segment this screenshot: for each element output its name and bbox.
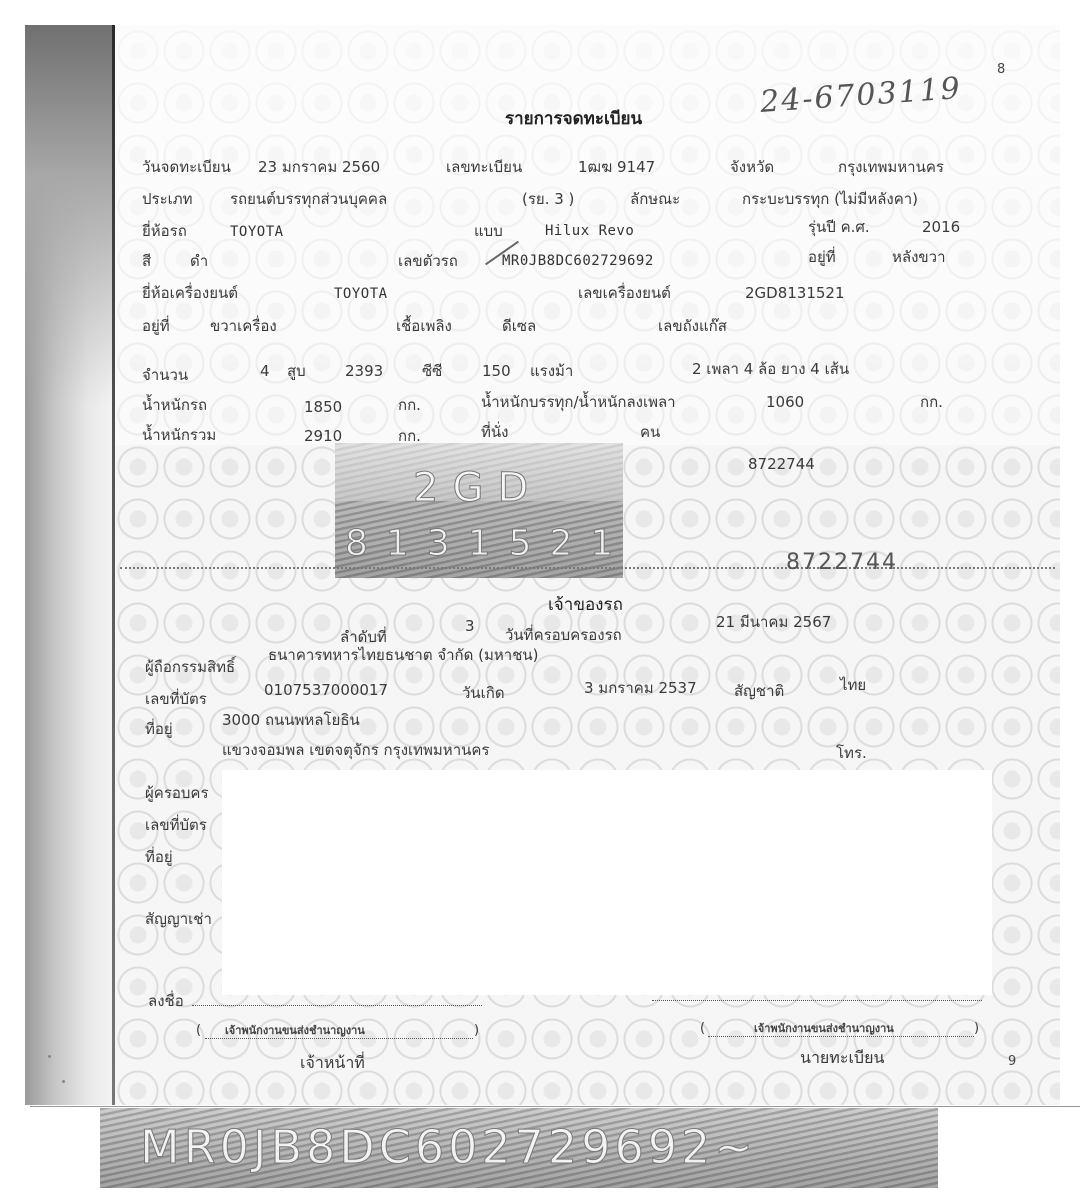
color-label: สี <box>142 252 151 270</box>
seats-label: ที่นั่ง <box>481 423 508 441</box>
engine-rubbing-bottom: 8131521 <box>345 523 623 564</box>
seats-unit: คน <box>640 423 660 441</box>
blank-area <box>222 770 992 995</box>
left-official-role: เจ้าหน้าที่ <box>300 1054 365 1072</box>
holder-label: ผู้ถือกรรมสิทธิ์ <box>145 658 235 676</box>
vehicle-model: Hilux Revo <box>545 222 634 240</box>
right-official-role: นายทะเบียน <box>800 1049 884 1067</box>
fuel-type: ดีเซล <box>502 317 536 335</box>
scan-speck <box>62 1080 65 1083</box>
serial-stamp: 8722744 <box>786 550 898 575</box>
vehicle-weight: 1850 <box>304 398 342 416</box>
order-label: ลำดับที่ <box>340 628 387 646</box>
binding-edge <box>112 25 115 1105</box>
address-label: ที่อยู่ <box>145 720 173 738</box>
chassis-number-rubbing: MR0JB8DC602729692~ <box>100 1108 938 1188</box>
vehicle-color: ดำ <box>190 252 208 270</box>
scan-speck <box>48 1055 51 1058</box>
possession-date: 21 มีนาคม 2567 <box>716 613 831 631</box>
right-name-line <box>708 1036 974 1037</box>
chassis-location-label: อยู่ที่ <box>808 248 836 266</box>
serial-number: 8722744 <box>748 455 815 473</box>
page-title: รายการจดทะเบียน <box>505 110 642 128</box>
load-weight: 1060 <box>766 393 804 411</box>
right-signature-line <box>652 1000 982 1001</box>
quantity-label: จำนวน <box>142 366 188 384</box>
id-label: เลขที่บัตร <box>145 690 207 708</box>
engine-brand: TOYOTA <box>334 285 388 303</box>
sign-label: ลงชื่อ <box>148 992 184 1010</box>
page-number-top: 8 <box>997 62 1005 77</box>
plate-label: เลขทะเบียน <box>446 158 522 176</box>
engine-brand-label: ยี่ห้อเครื่องยนต์ <box>142 284 238 302</box>
holder-name: ธนาคารทหารไทยธนชาต จำกัด (มหาชน) <box>268 646 538 664</box>
load-unit: กก. <box>920 393 943 411</box>
horsepower: 150 <box>482 362 511 380</box>
phone-label: โทร. <box>836 744 867 762</box>
page-edge <box>30 1106 1080 1107</box>
page-number-bottom: 9 <box>1008 1054 1016 1069</box>
style-label: ลักษณะ <box>630 190 680 208</box>
cylinders: 4 <box>260 362 270 380</box>
chassis-number: MR0JB8DC602729692 <box>502 252 654 270</box>
chassis-rubbing-text: MR0JB8DC602729692~ <box>140 1120 757 1174</box>
nationality-label: สัญชาติ <box>734 682 784 700</box>
order-number: 3 <box>465 617 475 635</box>
model-label: แบบ <box>474 222 503 240</box>
engine-number-label: เลขเครื่องยนต์ <box>578 284 671 302</box>
possessor-id-label: เลขที่บัตร <box>145 816 207 834</box>
fuel-label: เชื้อเพลิง <box>396 317 452 335</box>
plate-number: 1ฒฆ 9147 <box>578 158 655 176</box>
scan-shadow-top <box>25 25 115 405</box>
address-line1: 3000 ถนนพหลโยธิน <box>222 711 360 729</box>
province: กรุงเทพมหานคร <box>838 158 944 176</box>
engine-number: 2GD8131521 <box>745 284 845 302</box>
brand-label: ยี่ห้อรถ <box>142 222 187 240</box>
possession-date-label: วันที่ครอบครองรถ <box>505 626 622 644</box>
gas-tank-label: เลขถังแก๊ส <box>658 317 727 335</box>
axles-wheels: 2 เพลา 4 ล้อ ยาง 4 เส้น <box>692 360 849 378</box>
vehicle-style: กระบะบรรทุก (ไม่มีหลังคา) <box>742 190 918 208</box>
weight-unit: กก. <box>398 396 421 414</box>
owner-heading: เจ้าของรถ <box>548 596 623 614</box>
chassis-label: เลขตัวรถ <box>398 252 458 270</box>
id-number: 0107537000017 <box>264 681 388 699</box>
engine-cc: 2393 <box>345 362 383 380</box>
hp-unit: แรงม้า <box>530 362 573 380</box>
type-label: ประเภท <box>142 190 193 208</box>
engine-location-label: อยู่ที่ <box>142 317 170 335</box>
address-line2: แขวงจอมพล เขตจตุจักร กรุงเทพมหานคร <box>222 741 489 759</box>
engine-location: ขวาเครื่อง <box>210 317 277 335</box>
vehicle-type: รถยนต์บรรทุกส่วนบุคคล <box>230 190 387 208</box>
vehicle-brand: TOYOTA <box>230 223 284 241</box>
nationality: ไทย <box>840 676 866 694</box>
model-year: 2016 <box>922 218 960 236</box>
possessor-label: ผู้ครอบคร <box>145 784 209 802</box>
province-label: จังหวัด <box>730 158 774 176</box>
reg-date: 23 มกราคม 2560 <box>258 158 380 176</box>
left-name-line <box>205 1038 473 1039</box>
type-code: (รย. 3 ) <box>522 190 574 208</box>
perforation-line <box>120 567 1055 569</box>
left-signature-line <box>192 1005 482 1006</box>
load-label: น้ำหนักบรรทุก/น้ำหนักลงเพลา <box>481 393 676 411</box>
cylinders-unit: สูบ <box>287 362 306 380</box>
birth-label: วันเกิด <box>462 684 505 702</box>
chassis-location: หลังขวา <box>892 248 946 266</box>
reg-date-label: วันจดทะเบียน <box>142 158 231 176</box>
possessor-address-label: ที่อยู่ <box>145 848 173 866</box>
engine-number-rubbing: 2GD 8131521 <box>335 443 623 578</box>
year-label: รุ่นปี ค.ศ. <box>808 218 870 236</box>
cc-unit: ซีซี <box>422 362 442 380</box>
engine-rubbing-top: 2GD <box>413 465 542 511</box>
weight-label: น้ำหนักรถ <box>142 396 207 414</box>
gross-weight-label: น้ำหนักรวม <box>142 426 216 444</box>
lease-label: สัญญาเช่า <box>145 910 212 928</box>
birth-date: 3 มกราคม 2537 <box>584 679 697 697</box>
